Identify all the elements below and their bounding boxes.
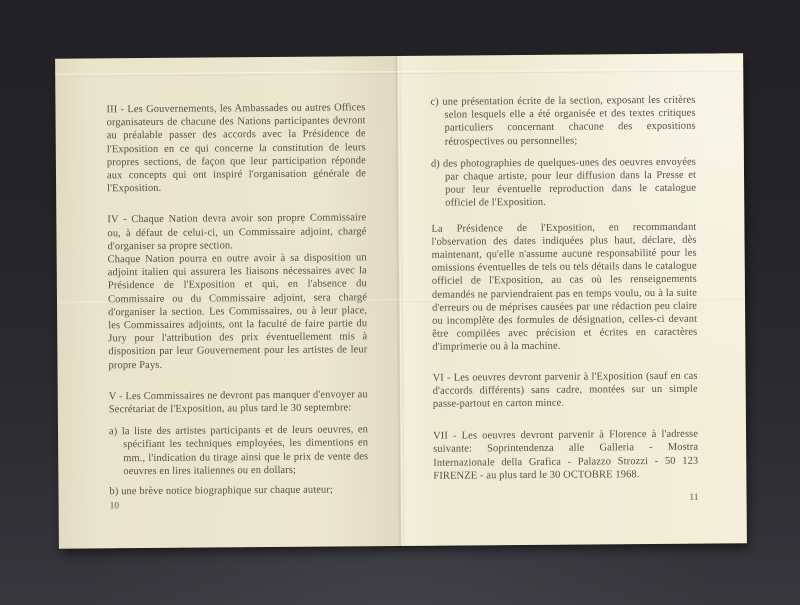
photo-background: III - Les Gouvernements, les Ambassades …	[0, 0, 800, 605]
list-marker-d: d)	[431, 159, 440, 170]
presidence-disclaimer: La Présidence de l'Exposition, en recomm…	[431, 220, 697, 354]
center-fold	[394, 56, 406, 546]
list-marker-c: c)	[430, 97, 438, 108]
list-item-d: d) des photographies de quelques-unes de…	[431, 155, 696, 210]
page-number-right: 11	[689, 493, 698, 503]
right-page-text: c) une présentation écrite de la section…	[430, 94, 698, 483]
list-item-a-text: la liste des artistes participants et de…	[122, 425, 368, 478]
clause-iv: IV - Chaque Nation devra avoir son propr…	[107, 212, 366, 254]
clause-vi: VI - Les oeuvres devront parvenir à l'Ex…	[433, 369, 698, 411]
list-item-c: c) une présentation écrite de la section…	[430, 94, 695, 149]
horizontal-crease-top	[55, 68, 743, 76]
list-item-b: b) une brève notice biographique sur cha…	[109, 483, 368, 498]
open-booklet: III - Les Gouvernements, les Ambassades …	[55, 53, 747, 548]
list-item-b-text: une brève notice biographique sur chaque…	[121, 485, 333, 498]
clause-v: V - Les Commissaires ne devront pas manq…	[109, 388, 368, 416]
left-page-text: III - Les Gouvernements, les Ambassades …	[106, 101, 368, 498]
clause-iv-continuation: Chaque Nation pourra en outre avoir à sa…	[108, 251, 368, 372]
list-marker-b: b)	[109, 486, 118, 497]
list-item-d-text: des photographies de quelques-unes des o…	[443, 156, 696, 209]
list-item-c-text: une présentation écrite de la section, e…	[442, 95, 695, 148]
clause-iii: III - Les Gouvernements, les Ambassades …	[106, 101, 366, 195]
list-marker-a: a)	[109, 426, 117, 437]
clause-vii: VII - Les oeuvres devront parvenir à Flo…	[433, 428, 698, 483]
page-number-left: 10	[110, 501, 120, 511]
list-item-a: a) la liste des artistes participants et…	[109, 424, 368, 479]
